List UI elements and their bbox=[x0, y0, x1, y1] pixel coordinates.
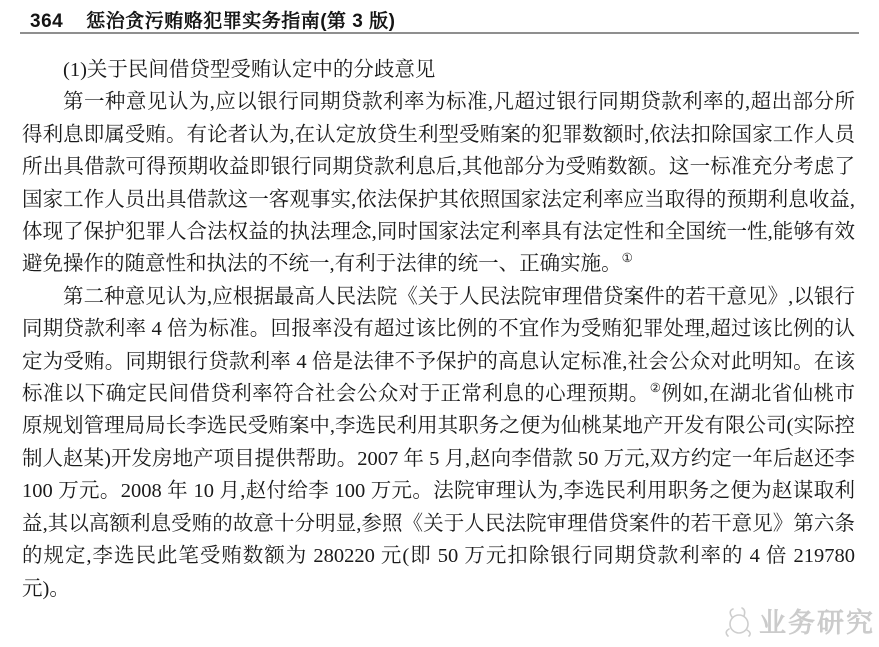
book-title: 惩治贪污贿赂犯罪实务指南(第 3 版) bbox=[86, 6, 395, 33]
page-header: 364 惩治贪污贿赂犯罪实务指南(第 3 版) bbox=[30, 6, 859, 33]
paragraph-2-text-after: 例如,在湖北省仙桃市原规划管理局局长李选民受贿案中,李选民利用其职务之便为仙桃某… bbox=[22, 383, 855, 599]
watermark-label: 业务研究 bbox=[759, 601, 875, 640]
section-heading: (1)关于民间借贷型受贿认定中的分歧意见 bbox=[22, 54, 855, 86]
paragraph-2: 第二种意见认为,应根据最高人民法院《关于人民法院审理借贷案件的若干意见》,以银行… bbox=[22, 281, 855, 605]
footnote-marker-2: ② bbox=[650, 381, 662, 395]
book-page: 364 惩治贪污贿赂犯罪实务指南(第 3 版) (1)关于民间借贷型受贿认定中的… bbox=[0, 0, 879, 647]
paragraph-1: 第一种意见认为,应以银行同期贷款利率为标准,凡超过银行同期贷款利率的,超出部分所… bbox=[22, 86, 855, 280]
page-body: (1)关于民间借贷型受贿认定中的分歧意见 第一种意见认为,应以银行同期贷款利率为… bbox=[22, 54, 855, 605]
page-number: 364 bbox=[30, 11, 63, 33]
footnote-marker-1: ① bbox=[622, 252, 633, 266]
paragraph-1-text: 第一种意见认为,应以银行同期贷款利率为标准,凡超过银行同期贷款利率的,超出部分所… bbox=[22, 91, 855, 275]
mascot-doodle-icon bbox=[719, 599, 757, 641]
watermark: 业务研究 bbox=[719, 599, 875, 641]
header-rule bbox=[20, 32, 859, 34]
section-heading-text: (1)关于民间借贷型受贿认定中的分歧意见 bbox=[63, 59, 435, 81]
